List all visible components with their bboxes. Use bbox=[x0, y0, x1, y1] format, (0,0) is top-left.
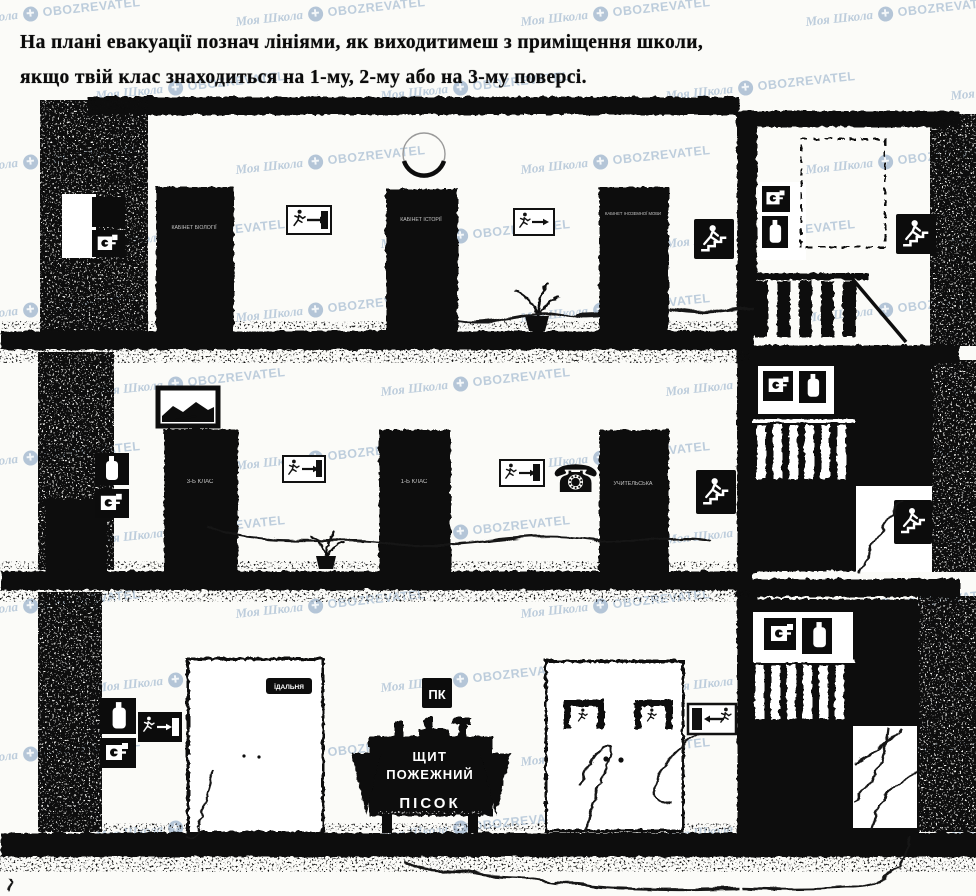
evacuation-plan-diagram: КАБІНЕТ БІОЛОГІЇ КАБІНЕТ ІСТОРІЇ bbox=[0, 0, 976, 896]
stairs-down-sign bbox=[894, 500, 932, 544]
picture-frame bbox=[158, 388, 218, 426]
stairs-down-sign bbox=[694, 219, 734, 259]
tower-slab-2-1 bbox=[735, 578, 959, 596]
task-text: На плані евакуації познач лініями, як ви… bbox=[20, 26, 956, 95]
fire-shield-label-2: ПОЖЕЖНИЙ bbox=[386, 767, 474, 782]
fire-hose-sign bbox=[100, 738, 136, 768]
exit-sign bbox=[138, 712, 182, 742]
stairwell-wall-3f bbox=[736, 114, 756, 334]
sign-panel bbox=[62, 194, 96, 258]
door-pictogram bbox=[316, 460, 322, 477]
fire-extinguisher-sign bbox=[802, 618, 832, 654]
exit-sign bbox=[283, 456, 325, 482]
right-wall-2f bbox=[932, 360, 976, 572]
fire-hose-sign bbox=[764, 618, 796, 650]
exit-sign bbox=[688, 704, 736, 734]
door-cabinet-1: КАБІНЕТ БІОЛОГІЇ bbox=[155, 186, 233, 331]
stair-tower-1f bbox=[752, 598, 918, 832]
fire-hose-sign bbox=[762, 186, 790, 212]
door-cabinet-3: КАБІНЕТ ІНОЗЕМНОЇ МОВИ bbox=[598, 186, 668, 331]
door-label: 1-Б КЛАС bbox=[401, 479, 428, 485]
door-pictogram bbox=[533, 464, 540, 481]
door-cabinet-2: КАБІНЕТ ІСТОРІЇ bbox=[385, 188, 457, 331]
telephone-icon: ☎ bbox=[552, 457, 599, 501]
exit-sign bbox=[287, 206, 331, 234]
fire-extinguisher-sign bbox=[95, 453, 129, 485]
exit-sign bbox=[500, 460, 544, 486]
door-pictogram bbox=[321, 211, 328, 229]
stairs-down-sign bbox=[896, 214, 936, 254]
fire-hydrant-sign: ПК bbox=[422, 678, 452, 708]
stair-tower-3f bbox=[748, 138, 936, 342]
second-floor: 3-Б КЛАС 1-Б КЛАС ☎ УЧИТЕЛЬСЬКА bbox=[95, 362, 932, 572]
sand-box-label: ПІСОК bbox=[399, 795, 460, 812]
door-label: КАБІНЕТ ІНОЗЕМНОЇ МОВИ bbox=[605, 211, 661, 216]
stair-tower-2f bbox=[752, 362, 932, 572]
ground-slab bbox=[0, 832, 976, 856]
fire-extinguisher-sign bbox=[762, 216, 788, 248]
door-class-1b: 1-Б КЛАС bbox=[378, 429, 450, 570]
fire-hose-sign bbox=[95, 489, 129, 518]
roof-slab bbox=[86, 96, 738, 114]
door-handle bbox=[618, 757, 623, 762]
fire-hose-sign bbox=[763, 371, 793, 401]
floor-slab-3-2 bbox=[0, 330, 752, 349]
door-pictogram bbox=[172, 718, 179, 736]
notice-board bbox=[800, 138, 884, 246]
door-pictogram bbox=[692, 708, 702, 730]
fire-shield-label-1: ЩИТ bbox=[412, 749, 447, 764]
door-label: 3-Б КЛАС bbox=[187, 479, 214, 485]
door-teachers-room: УЧИТЕЛЬСЬКА bbox=[598, 429, 668, 570]
clock bbox=[403, 133, 445, 176]
task-line-1: На плані евакуації познач лініями, як ви… bbox=[20, 26, 956, 61]
dining-room-door: ЇДАЛЬНЯ bbox=[184, 658, 322, 837]
stairwell-wall-2f bbox=[736, 360, 756, 572]
dining-room-label: ЇДАЛЬНЯ bbox=[273, 683, 304, 691]
fire-extinguisher-sign bbox=[799, 371, 826, 403]
right-wall-3f bbox=[930, 114, 976, 346]
door-label: КАБІНЕТ БІОЛОГІЇ bbox=[171, 224, 217, 231]
fire-hydrant-label: ПК bbox=[428, 687, 445, 702]
door-class-3b: 3-Б КЛАС bbox=[163, 428, 237, 570]
door-label: УЧИТЕЛЬСЬКА bbox=[614, 481, 653, 487]
first-floor: ЇДАЛЬНЯ ПК ЩИТ ПОЖЕЖНИЙ ПІСОК bbox=[100, 598, 918, 837]
task-line-2: якщо твій клас знаходиться на 1-му, 2-му… bbox=[20, 61, 956, 96]
main-exit-door bbox=[545, 660, 700, 830]
tower-slab-3-2 bbox=[735, 344, 959, 362]
tower-roof-slab bbox=[735, 110, 959, 126]
right-wall-1f bbox=[918, 596, 976, 832]
floor-slab-2-1 bbox=[0, 570, 752, 589]
fire-tools bbox=[393, 716, 470, 736]
fire-hose-sign bbox=[92, 230, 125, 257]
left-wall-1f bbox=[38, 592, 102, 832]
stairs-down-sign bbox=[696, 470, 736, 514]
fire-extinguisher-sign bbox=[100, 698, 136, 734]
exit-sign bbox=[514, 209, 554, 235]
stair-railing bbox=[748, 272, 906, 342]
fire-shield: ЩИТ ПОЖЕЖНИЙ ПІСОК bbox=[350, 716, 510, 833]
door-label: КАБІНЕТ ІСТОРІЇ bbox=[400, 216, 442, 223]
